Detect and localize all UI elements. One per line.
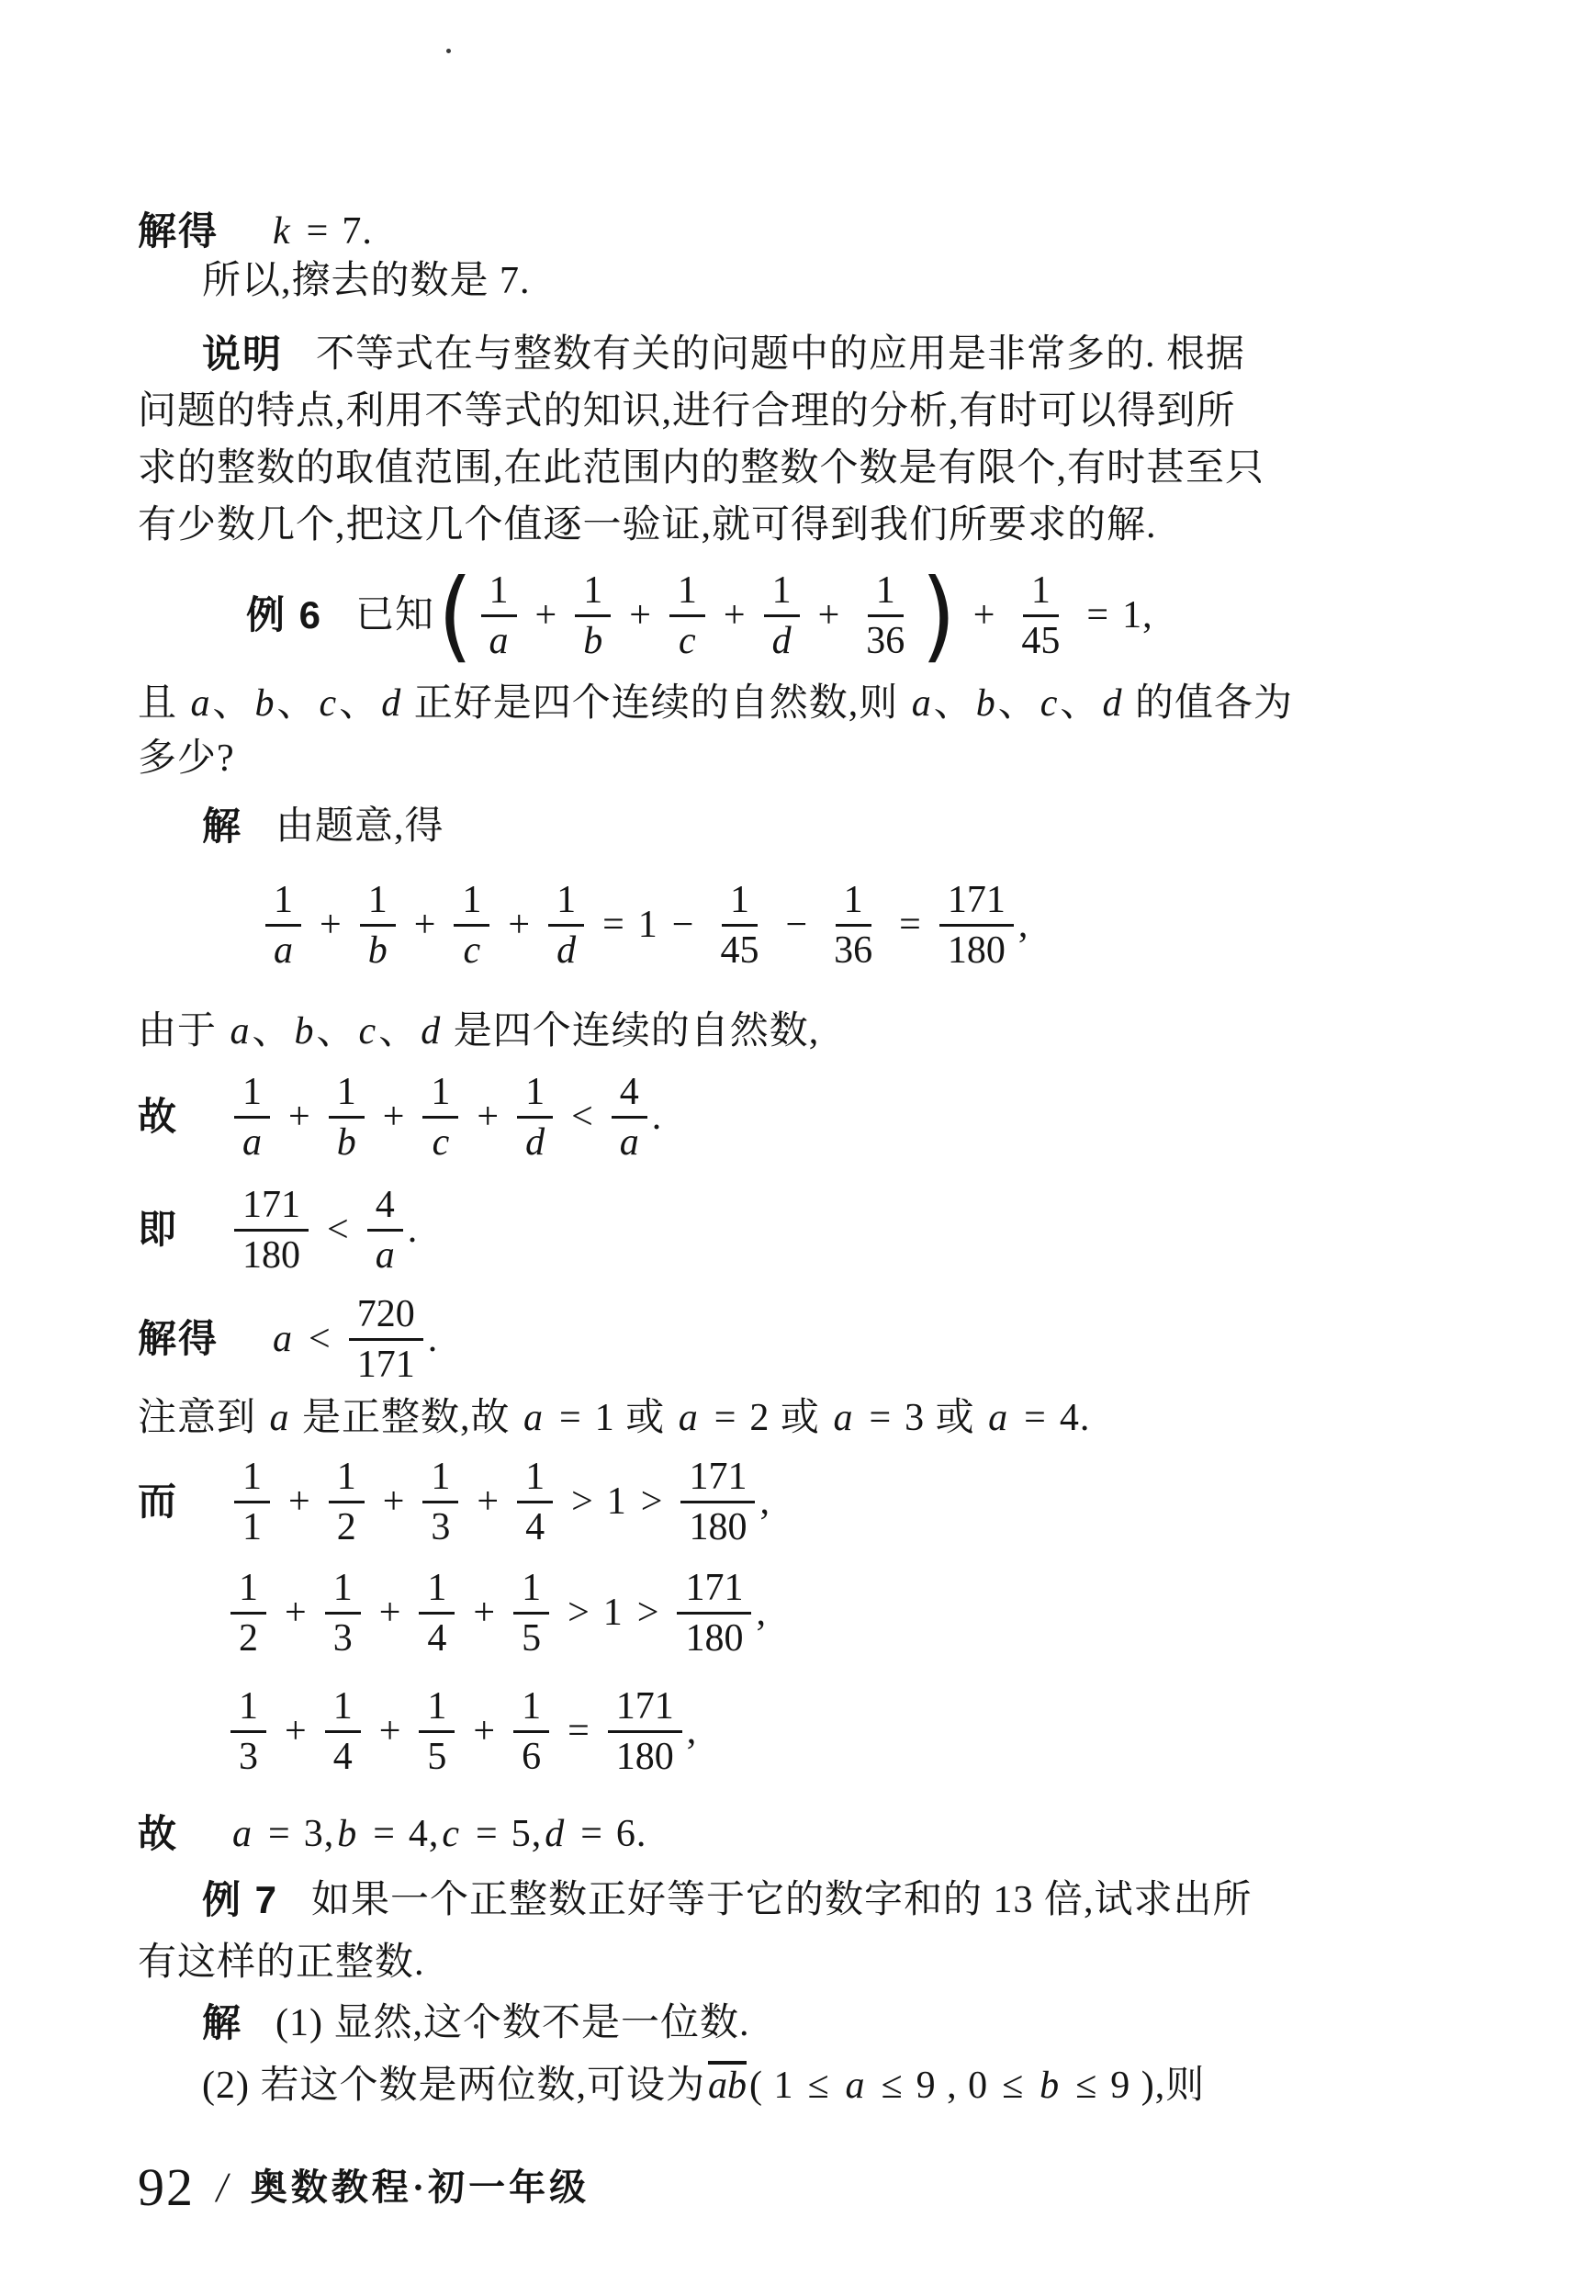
example6-condition-line: 且 a、b、c、d 正好是四个连续的自然数,则 a、b、c、d 的值各为	[138, 683, 1480, 724]
fraction: 1d	[764, 570, 800, 661]
denominator: c	[424, 1119, 458, 1163]
fraction: 15	[513, 1568, 549, 1659]
fraction: 1d	[517, 1072, 553, 1163]
math-variable: b	[337, 1814, 356, 1854]
math-text: ,	[756, 1593, 767, 1633]
solution7-line: 解 (1) 显然,这个数不是一位数.	[202, 2003, 1480, 2043]
math-variable: b	[1040, 2065, 1059, 2106]
numerator: 1	[868, 570, 904, 617]
math-operator: >	[641, 1481, 663, 1522]
denominator: 3	[422, 1503, 458, 1548]
line-conclusion: 所以,擦去的数是 7.	[202, 261, 1480, 301]
fraction: 13	[230, 1686, 266, 1777]
denominator: 5	[513, 1615, 549, 1659]
fraction: 12	[230, 1568, 266, 1659]
math-variable: c	[1040, 683, 1058, 724]
math-operator: =	[476, 1814, 498, 1854]
math-operator: =	[714, 1398, 736, 1438]
math-operator: +	[508, 905, 530, 945]
math-text: 是四个连续的自然数,	[443, 1011, 819, 1052]
math-variable: c	[320, 683, 337, 724]
denominator: d	[548, 927, 584, 971]
numerator: 1	[517, 1072, 553, 1119]
math-variable: a	[191, 683, 210, 724]
solve-label: 解得	[138, 211, 219, 252]
math-operator: <	[309, 1319, 331, 1359]
fraction: 13	[422, 1457, 458, 1548]
solution7-step2-line: (2) 若这个数是两位数,可设为ab( 1≤a≤9 , 0≤b≤9 ),则	[202, 2065, 1480, 2106]
example6-question-line: 多少?	[138, 738, 1480, 779]
math-variable: a	[232, 1814, 252, 1854]
math-text: 6.	[616, 1814, 647, 1854]
math-operator: =	[373, 1814, 395, 1854]
math-operator: =	[559, 1398, 581, 1438]
math-text: 4,	[409, 1814, 440, 1854]
math-operator: ≤	[1075, 2065, 1096, 2106]
math-operator: −	[672, 905, 694, 945]
numerator: 1	[234, 1072, 270, 1119]
solution-label: 解	[202, 806, 242, 847]
numerator: 1	[325, 1568, 361, 1615]
check-line-2: 12+13+14+15>1>171180,	[226, 1568, 1480, 1659]
numerator: 4	[367, 1185, 403, 1232]
remark-line-1: 说明 不等式在与整数有关的问题中的应用是非常多的. 根据	[202, 334, 1480, 375]
remark-line-2: 问题的特点,利用不等式的知识,进行合理的分析,有时可以得到所	[138, 391, 1480, 432]
denominator: 1	[234, 1503, 270, 1548]
footer-slash: /	[214, 2166, 232, 2210]
math-operator: +	[414, 905, 436, 945]
fraction: 145	[712, 880, 767, 971]
fraction: 12	[329, 1457, 365, 1548]
denominator: 3	[325, 1615, 361, 1659]
math-text: 1,	[1122, 595, 1153, 636]
math-variable: a	[833, 1398, 852, 1438]
example7-heading-line: 例 7 如果一个正整数正好等于它的数字和的 13 倍,试求出所	[202, 1880, 1480, 1920]
math-variable: a	[273, 1319, 292, 1359]
fraction: 4a	[367, 1185, 403, 1276]
denominator: a	[265, 927, 301, 971]
math-text: 、	[277, 683, 317, 724]
math-operator: −	[785, 905, 807, 945]
denominator: 4	[517, 1503, 553, 1548]
math-text: .	[408, 1210, 419, 1250]
fraction: 720171	[349, 1294, 423, 1385]
math-operator: +	[383, 1481, 405, 1522]
solution6-line: 解 由题意,得	[202, 806, 1480, 847]
numerator: 1	[669, 570, 705, 617]
numerator: 4	[612, 1072, 647, 1119]
example6-heading-line: 例 6 已知 (1a+1b+1c+1d+136)+145=1,	[246, 570, 1480, 661]
math-text: ,	[759, 1481, 770, 1522]
fraction: 16	[513, 1686, 549, 1777]
numerator: 1	[722, 880, 758, 927]
math-operator: =	[307, 211, 329, 252]
numerator: 1	[329, 1072, 365, 1119]
since-text: 由于 a、b、c、d 是四个连续的自然数,	[138, 1011, 819, 1052]
math-variable: a	[846, 2065, 865, 2106]
example7-label: 例 7	[202, 1880, 278, 1920]
remark-line-4: 有少数几个,把这几个值逐一验证,就可得到我们所要求的解.	[138, 505, 1480, 546]
math-variable: a	[988, 1398, 1007, 1438]
fraction: 1b	[329, 1072, 365, 1163]
big-parenthesis: )	[921, 571, 955, 660]
numerator: 720	[349, 1294, 423, 1341]
math-text: 1	[607, 1481, 627, 1522]
math-operator: >	[571, 1481, 593, 1522]
math-text: 1 或	[595, 1398, 676, 1438]
denominator: 36	[826, 927, 881, 971]
denominator: 4	[325, 1733, 361, 1777]
math-text: 注意到	[138, 1398, 267, 1438]
solve-a-line: 解得 a<720171.	[138, 1294, 1480, 1385]
math-variable: a	[912, 683, 931, 724]
math-operator: =	[869, 1398, 891, 1438]
fraction: 171180	[939, 880, 1014, 971]
numerator: 1	[575, 570, 611, 617]
math-text: 1	[603, 1593, 624, 1633]
k-equation: k=7.	[270, 211, 373, 252]
numerator: 1	[230, 1686, 266, 1733]
math-operator: ≤	[1002, 2065, 1023, 2106]
numerator: 1	[513, 1568, 549, 1615]
denominator: 2	[230, 1615, 266, 1659]
denominator: 6	[513, 1733, 549, 1777]
math-text: 7.	[342, 211, 373, 252]
denominator: 36	[858, 617, 913, 661]
solve-a-inequality: a<720171.	[270, 1294, 438, 1385]
math-text: 9 , 0	[916, 2065, 989, 2106]
math-operator: >	[568, 1593, 590, 1633]
numerator: 1	[419, 1686, 455, 1733]
fraction: 145	[1013, 570, 1068, 661]
math-operator: +	[285, 1593, 307, 1633]
since-line: 由于 a、b、c、d 是四个连续的自然数,	[138, 1011, 1480, 1052]
math-text: ,	[687, 1711, 698, 1751]
math-text: 1	[638, 905, 658, 945]
math-operator: =	[1024, 1398, 1046, 1438]
denominator: 5	[419, 1733, 455, 1777]
math-text: 是正整数,故	[292, 1398, 522, 1438]
numerator: 171	[939, 880, 1014, 927]
line-solve-k: 解得 k=7.	[138, 211, 1480, 252]
hence-inequality-line: 故 1a+1b+1c+1d<4a.	[138, 1072, 1480, 1163]
math-variable: d	[421, 1011, 440, 1052]
hence-inequality: 1a+1b+1c+1d<4a.	[230, 1072, 662, 1163]
math-text: 、	[317, 1011, 356, 1052]
numerator: 1	[360, 880, 396, 927]
page-number: 92	[138, 2160, 195, 2216]
math-operator: =	[568, 1711, 590, 1751]
numerator: 1	[234, 1457, 270, 1503]
denominator: b	[575, 617, 611, 661]
numerator: 1	[454, 880, 489, 927]
math-text: 、	[378, 1011, 418, 1052]
math-operator: +	[379, 1593, 401, 1633]
math-operator: +	[320, 905, 342, 945]
fraction: 1c	[454, 880, 489, 971]
math-text: 3,	[304, 1814, 335, 1854]
step2-text: (2) 若这个数是两位数,可设为ab( 1≤a≤9 , 0≤b≤9 ),则	[202, 2065, 1205, 2106]
denominator: a	[234, 1119, 270, 1163]
math-operator: =	[1086, 595, 1108, 636]
scan-speck	[446, 49, 451, 53]
page-footer: 92 / 奥数教程·初一年级	[138, 2160, 590, 2216]
textbook-page: 解得 k=7. 所以,擦去的数是 7. 说明 不等式在与整数有关的问题中的应用是…	[0, 0, 1596, 2296]
math-operator: +	[477, 1097, 499, 1137]
fraction: 14	[517, 1457, 553, 1548]
math-operator: ≤	[807, 2065, 828, 2106]
numerator: 1	[265, 880, 301, 927]
numerator: 1	[419, 1568, 455, 1615]
result-values: a=3,b=4,c=5,d=6.	[230, 1814, 646, 1854]
math-operator: +	[383, 1097, 405, 1137]
remark-line-3: 求的整数的取值范围,在此范围内的整数个数是有限个,有时甚至只	[138, 448, 1480, 489]
math-text: 由于	[138, 1011, 228, 1052]
math-operator: ≤	[882, 2065, 903, 2106]
numerator: 171	[234, 1185, 309, 1232]
math-variable: b	[295, 1011, 314, 1052]
math-text: 正好是四个连续的自然数,则	[403, 683, 909, 724]
denominator: 180	[608, 1733, 682, 1777]
check-line-3: 13+14+15+16=171180,	[226, 1686, 1480, 1777]
solve-a-label: 解得	[138, 1319, 219, 1359]
denominator: 4	[419, 1615, 455, 1659]
numerator: 171	[608, 1686, 682, 1733]
fraction: 14	[325, 1686, 361, 1777]
math-text: 、	[998, 683, 1038, 724]
example6-label: 例 6	[246, 595, 322, 636]
math-variable: d	[381, 683, 400, 724]
that-is-label: 即	[138, 1210, 178, 1250]
math-text: 、	[1060, 683, 1099, 724]
math-variable: d	[545, 1814, 564, 1854]
numerator: 1	[422, 1457, 458, 1503]
fraction: 171180	[234, 1185, 309, 1276]
fraction: 1b	[575, 570, 611, 661]
hence-label: 故	[138, 1097, 178, 1137]
math-operator: <	[327, 1210, 349, 1250]
fraction: 13	[325, 1568, 361, 1659]
numerator: 1	[1023, 570, 1059, 617]
math-operator: =	[602, 905, 624, 945]
result-label: 故	[138, 1814, 178, 1854]
math-text: 、	[213, 683, 253, 724]
math-variable: k	[273, 211, 290, 252]
denominator: a	[481, 617, 517, 661]
denominator: d	[764, 617, 800, 661]
numerator: 1	[422, 1072, 458, 1119]
fraction: 1a	[481, 570, 517, 661]
fraction: 1a	[265, 880, 301, 971]
numerator: 1	[230, 1568, 266, 1615]
check-formula-1: 11+12+13+14>1>171180,	[230, 1457, 770, 1548]
math-text: 2 或	[749, 1398, 830, 1438]
check-line-1: 而 11+12+13+14>1>171180,	[138, 1457, 1480, 1548]
example6-equation: (1a+1b+1c+1d+136)+145=1,	[434, 570, 1153, 661]
that-is-inequality: 171180<4a.	[230, 1185, 418, 1276]
math-variable: b	[976, 683, 995, 724]
fraction: 1b	[360, 880, 396, 971]
math-text: 3 或	[905, 1398, 985, 1438]
big-parenthesis: (	[438, 571, 472, 660]
denominator: b	[329, 1119, 365, 1163]
example6-condition: 且 a、b、c、d 正好是四个连续的自然数,则 a、b、c、d 的值各为	[138, 683, 1293, 724]
math-operator: +	[288, 1481, 310, 1522]
example7-line-2: 有这样的正整数.	[138, 1942, 1480, 1983]
fraction: 171180	[680, 1457, 755, 1548]
math-text: 4.	[1060, 1398, 1091, 1438]
math-text: 、	[934, 683, 973, 724]
math-operator: +	[285, 1711, 307, 1751]
math-text: 9 ),则	[1110, 2065, 1205, 2106]
denominator: a	[367, 1232, 403, 1276]
math-text: ( 1	[749, 2065, 794, 2106]
numerator: 1	[513, 1686, 549, 1733]
denominator: 2	[329, 1503, 365, 1548]
math-text: (2) 若这个数是两位数,可设为	[202, 2065, 705, 2106]
numerator: 1	[548, 880, 584, 927]
fraction: 11	[234, 1457, 270, 1548]
denominator: 45	[712, 927, 767, 971]
math-variable: a	[230, 1011, 250, 1052]
numerator: 1	[329, 1457, 365, 1503]
fraction: 4a	[612, 1072, 647, 1163]
denominator: 171	[349, 1341, 423, 1385]
math-text: .	[428, 1319, 439, 1359]
numerator: 1	[517, 1457, 553, 1503]
math-variable: b	[255, 683, 275, 724]
math-text: 的值各为	[1124, 683, 1293, 724]
note-text: 注意到 a 是正整数,故 a=1 或 a=2 或 a=3 或 a=4.	[138, 1398, 1090, 1438]
scan-speck	[474, 2024, 478, 2029]
fraction: 15	[419, 1686, 455, 1777]
book-title: 奥数教程·初一年级	[251, 2168, 590, 2207]
denominator: 45	[1013, 617, 1068, 661]
math-text: 且	[138, 683, 188, 724]
denominator: 180	[939, 927, 1014, 971]
math-operator: +	[473, 1593, 495, 1633]
math-operator: +	[818, 595, 840, 636]
math-operator: +	[288, 1097, 310, 1137]
denominator: 180	[234, 1232, 309, 1276]
denominator: c	[455, 927, 489, 971]
math-text: 、	[253, 1011, 292, 1052]
math-operator: =	[268, 1814, 290, 1854]
math-operator: >	[637, 1593, 659, 1633]
denominator: 3	[230, 1733, 266, 1777]
math-variable: d	[1102, 683, 1121, 724]
math-operator: +	[473, 1711, 495, 1751]
denominator: a	[612, 1119, 647, 1163]
fraction: 1c	[669, 570, 705, 661]
fraction: 1d	[548, 880, 584, 971]
math-text: 、	[339, 683, 378, 724]
math-text: ,	[1018, 905, 1029, 945]
fraction: 171180	[608, 1686, 682, 1777]
math-operator: +	[379, 1711, 401, 1751]
note-line: 注意到 a 是正整数,故 a=1 或 a=2 或 a=3 或 a=4.	[138, 1398, 1480, 1438]
math-operator: +	[973, 595, 995, 636]
numerator: 1	[764, 570, 800, 617]
numerator: 1	[325, 1686, 361, 1733]
check-formula-2: 12+13+14+15>1>171180,	[226, 1568, 767, 1659]
math-operator: +	[477, 1481, 499, 1522]
solution7-label: 解	[202, 2003, 242, 2043]
fraction: 171180	[677, 1568, 751, 1659]
math-text: .	[652, 1097, 663, 1137]
numerator: 1	[481, 570, 517, 617]
numerator: 171	[677, 1568, 751, 1615]
that-is-line: 即 171180<4a.	[138, 1185, 1480, 1276]
math-operator: +	[724, 595, 746, 636]
sum-equation: 1a+1b+1c+1d=1−145−136=171180,	[261, 880, 1028, 971]
math-operator: =	[899, 905, 921, 945]
numerator: 171	[680, 1457, 755, 1503]
math-operator: <	[571, 1097, 593, 1137]
while-label: 而	[138, 1481, 178, 1522]
math-operator: +	[629, 595, 651, 636]
math-variable: a	[679, 1398, 698, 1438]
fraction: 136	[858, 570, 913, 661]
denominator: 180	[680, 1503, 755, 1548]
check-formula-3: 13+14+15+16=171180,	[226, 1686, 697, 1777]
denominator: c	[670, 617, 704, 661]
display-equation-sum: 1a+1b+1c+1d=1−145−136=171180,	[261, 880, 1480, 971]
fraction: 14	[419, 1568, 455, 1659]
fraction: 136	[826, 880, 881, 971]
numerator: 1	[836, 880, 871, 927]
math-variable: c	[359, 1011, 377, 1052]
fraction: 1a	[234, 1072, 270, 1163]
math-variable: a	[523, 1398, 543, 1438]
math-text: 5,	[511, 1814, 543, 1854]
example6-lead: 已知	[355, 595, 434, 636]
denominator: d	[517, 1119, 553, 1163]
math-variable: c	[442, 1814, 459, 1854]
overline-two-digit-number: ab	[705, 2065, 749, 2106]
remark-label: 说明	[202, 334, 283, 375]
math-operator: +	[535, 595, 557, 636]
result-line: 故 a=3,b=4,c=5,d=6.	[138, 1814, 1480, 1854]
fraction: 1c	[422, 1072, 458, 1163]
denominator: 180	[677, 1615, 751, 1659]
denominator: b	[360, 927, 396, 971]
math-variable: a	[270, 1398, 289, 1438]
math-operator: =	[580, 1814, 602, 1854]
